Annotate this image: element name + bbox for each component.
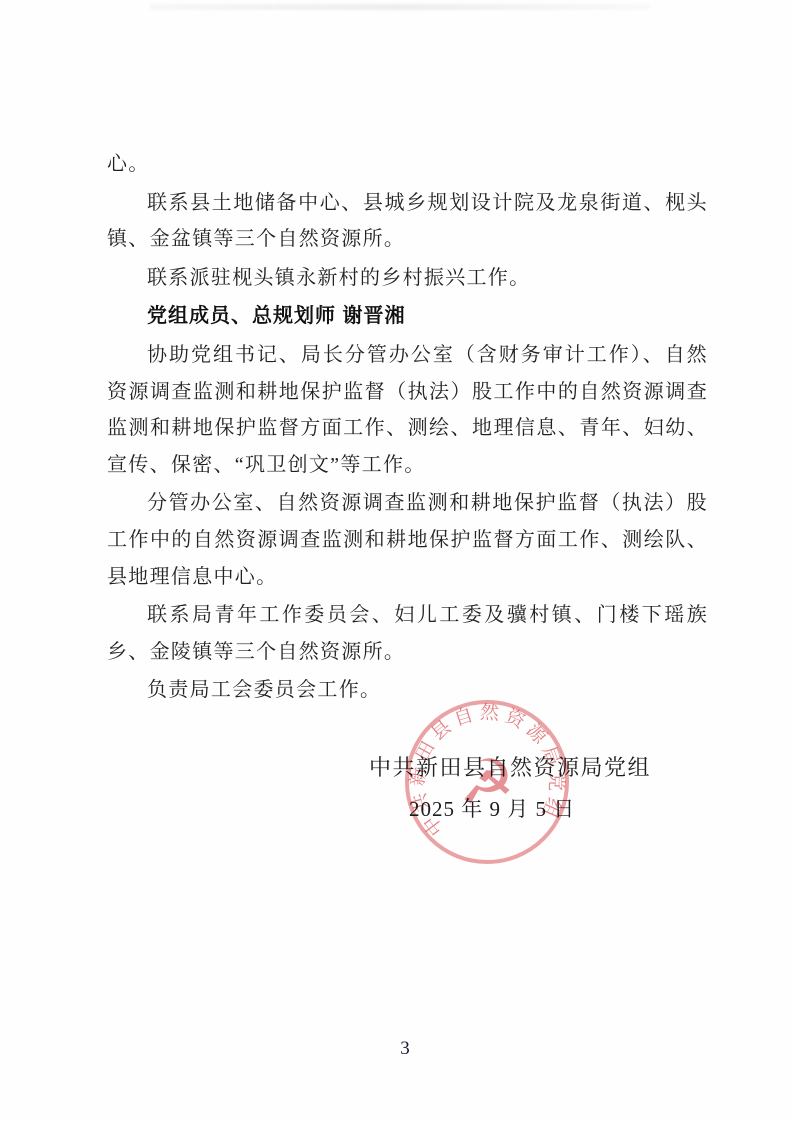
hammer-sickle-icon: ☭ bbox=[459, 746, 515, 819]
paragraph: 分管办公室、自然资源调查监测和耕地保护监督（执法）股工作中的自然资源调查监测和耕… bbox=[107, 485, 708, 595]
paragraph: 协助党组书记、局长分管办公室（含财务审计工作）、自然资源调查监测和耕地保护监督（… bbox=[107, 337, 708, 483]
document-page: 心。联系县土地储备中心、县城乡规划设计院及龙泉街道、枧头镇、金盆镇等三个自然资源… bbox=[0, 0, 793, 1121]
paragraph: 联系县土地储备中心、县城乡规划设计院及龙泉街道、枧头镇、金盆镇等三个自然资源所。 bbox=[107, 185, 708, 258]
paragraph: 联系派驻枧头镇永新村的乡村振兴工作。 bbox=[107, 260, 708, 297]
document-body: 心。联系县土地储备中心、县城乡规划设计院及龙泉街道、枧头镇、金盆镇等三个自然资源… bbox=[107, 146, 708, 711]
paragraph: 心。 bbox=[107, 146, 708, 183]
page-number: 3 bbox=[0, 1038, 793, 1060]
paragraph: 联系局青年工作委员会、妇儿工委及骥村镇、门楼下瑶族乡、金陵镇等三个自然资源所。 bbox=[107, 597, 708, 670]
scan-artifact bbox=[150, 4, 650, 10]
official-seal: 中共新田县自然资源局党组 ☭ bbox=[402, 697, 572, 867]
paragraph: 党组成员、总规划师 谢晋湘 bbox=[107, 298, 708, 335]
